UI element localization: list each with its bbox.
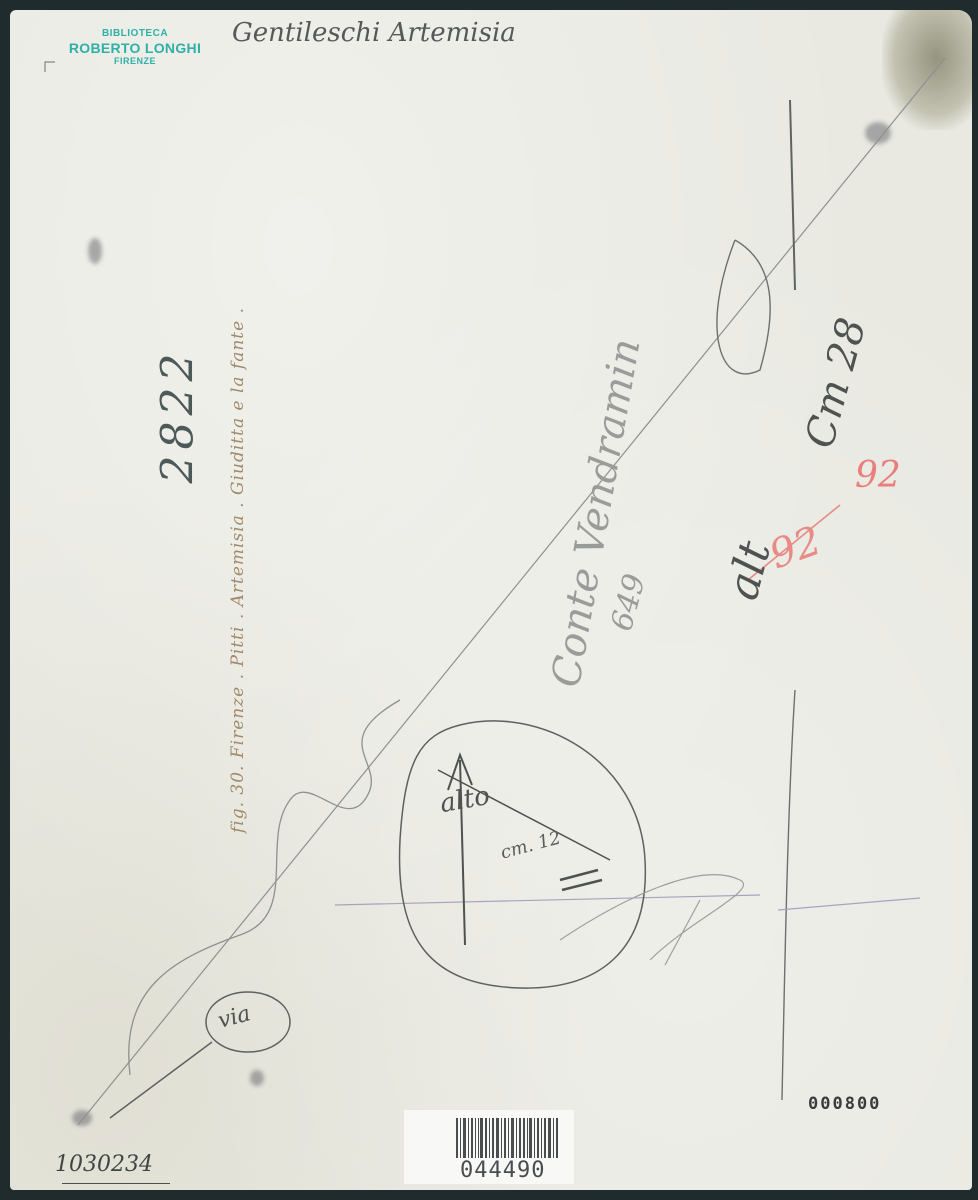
stamp-line-3: FIRENZE [60,56,210,66]
accession-number: 1030234 [55,1152,153,1177]
accession-underline [62,1183,170,1184]
barcode-label: 044490 [404,1110,574,1184]
library-stamp: BIBLIOTECA ROBERTO LONGHI FIRENZE [60,28,210,66]
barcode-number: 044490 [460,1158,545,1183]
pencil-marks [0,0,978,1200]
inventory-number: 2822 [152,348,203,484]
serial-number: 000800 [808,1094,881,1114]
barcode-icon [456,1118,558,1158]
stamp-line-1: BIBLIOTECA [60,28,210,40]
red-number: 92 [855,455,901,496]
caption-note: fig. 30. Firenze . Pitti . Artemisia . G… [228,307,248,833]
stamp-line-2: ROBERTO LONGHI [60,40,210,56]
artist-name-note: Gentileschi Artemisia [232,18,516,48]
